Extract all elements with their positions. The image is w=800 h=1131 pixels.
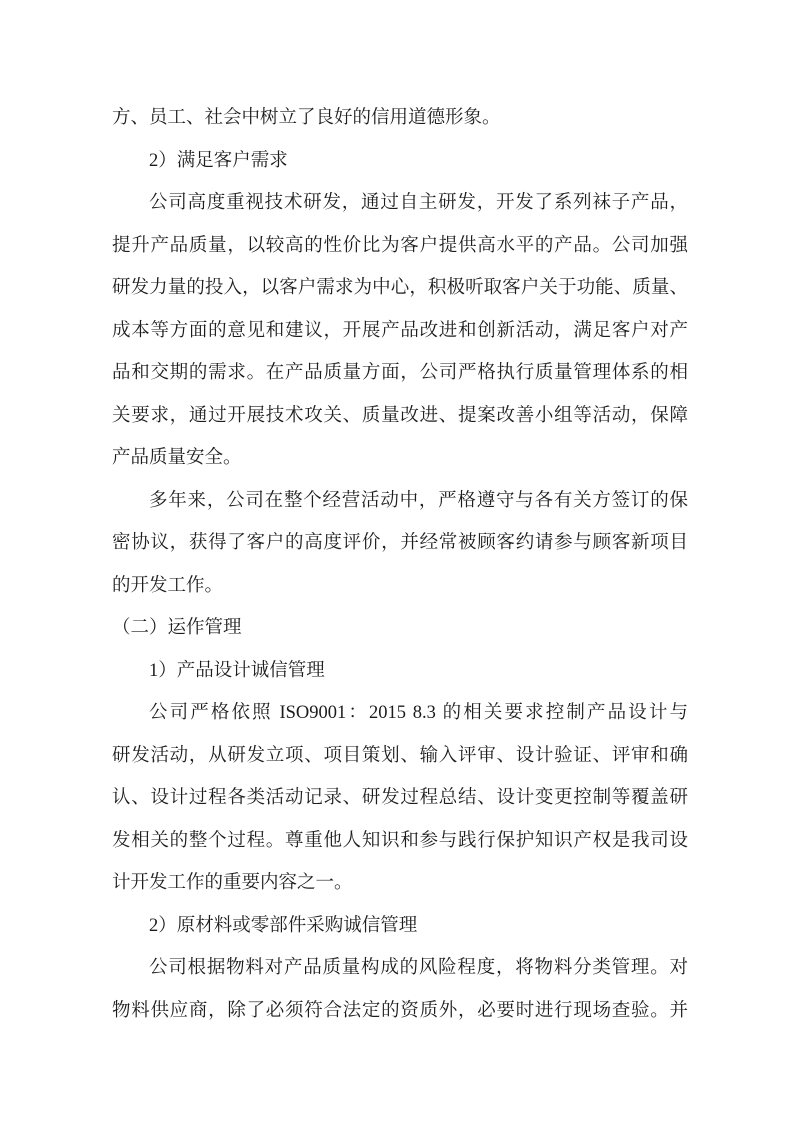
text-line: 公司根据物料对产品质量构成的风险程度，将物料分类管理。对 [112,947,688,990]
text-line: 公司严格依照 ISO9001：2015 8.3 的相关要求控制产品设计与 [112,692,688,735]
subheading-line: 2）原材料或零部件采购诚信管理 [112,905,688,948]
text-line: 提升产品质量，以较高的性价比为客户提供高水平的产品。公司加强 [112,225,688,268]
text-line: 密协议，获得了客户的高度评价，并经常被顾客约请参与顾客新项目 [112,522,688,565]
text-line: 关要求，通过开展技术攻关、质量改进、提案改善小组等活动，保障 [112,395,688,438]
text-line: 发相关的整个过程。尊重他人知识和参与践行保护知识产权是我司设 [112,820,688,863]
text-line: 认、设计过程各类活动记录、研发过程总结、设计变更控制等覆盖研 [112,777,688,820]
text-line: 品和交期的需求。在产品质量方面，公司严格执行质量管理体系的相 [112,352,688,395]
text-line: 研发力量的投入，以客户需求为中心，积极听取客户关于功能、质量、 [112,267,688,310]
text-line: 计开发工作的重要内容之一。 [112,862,688,905]
text-line: 研发活动，从研发立项、项目策划、输入评审、设计验证、评审和确 [112,735,688,778]
subheading-line: 2）满足客户需求 [112,140,688,183]
text-line: 成本等方面的意见和建议，开展产品改进和创新活动，满足客户对产 [112,310,688,353]
subheading-line: 1）产品设计诚信管理 [112,650,688,693]
text-line: 物料供应商，除了必须符合法定的资质外，必要时进行现场查验。并 [112,990,688,1033]
text-line: 多年来，公司在整个经营活动中，严格遵守与各有关方签订的保 [112,480,688,523]
text-line: 方、员工、社会中树立了良好的信用道德形象。 [112,97,688,140]
text-line: 产品质量安全。 [112,437,688,480]
text-line: 的开发工作。 [112,565,688,608]
text-line: 公司高度重视技术研发，通过自主研发，开发了系列袜子产品， [112,182,688,225]
document-text-block: 方、员工、社会中树立了良好的信用道德形象。 2）满足客户需求 公司高度重视技术研… [112,97,688,1032]
section-heading-line: （二）运作管理 [112,607,688,650]
document-page: 方、员工、社会中树立了良好的信用道德形象。 2）满足客户需求 公司高度重视技术研… [0,0,800,1131]
